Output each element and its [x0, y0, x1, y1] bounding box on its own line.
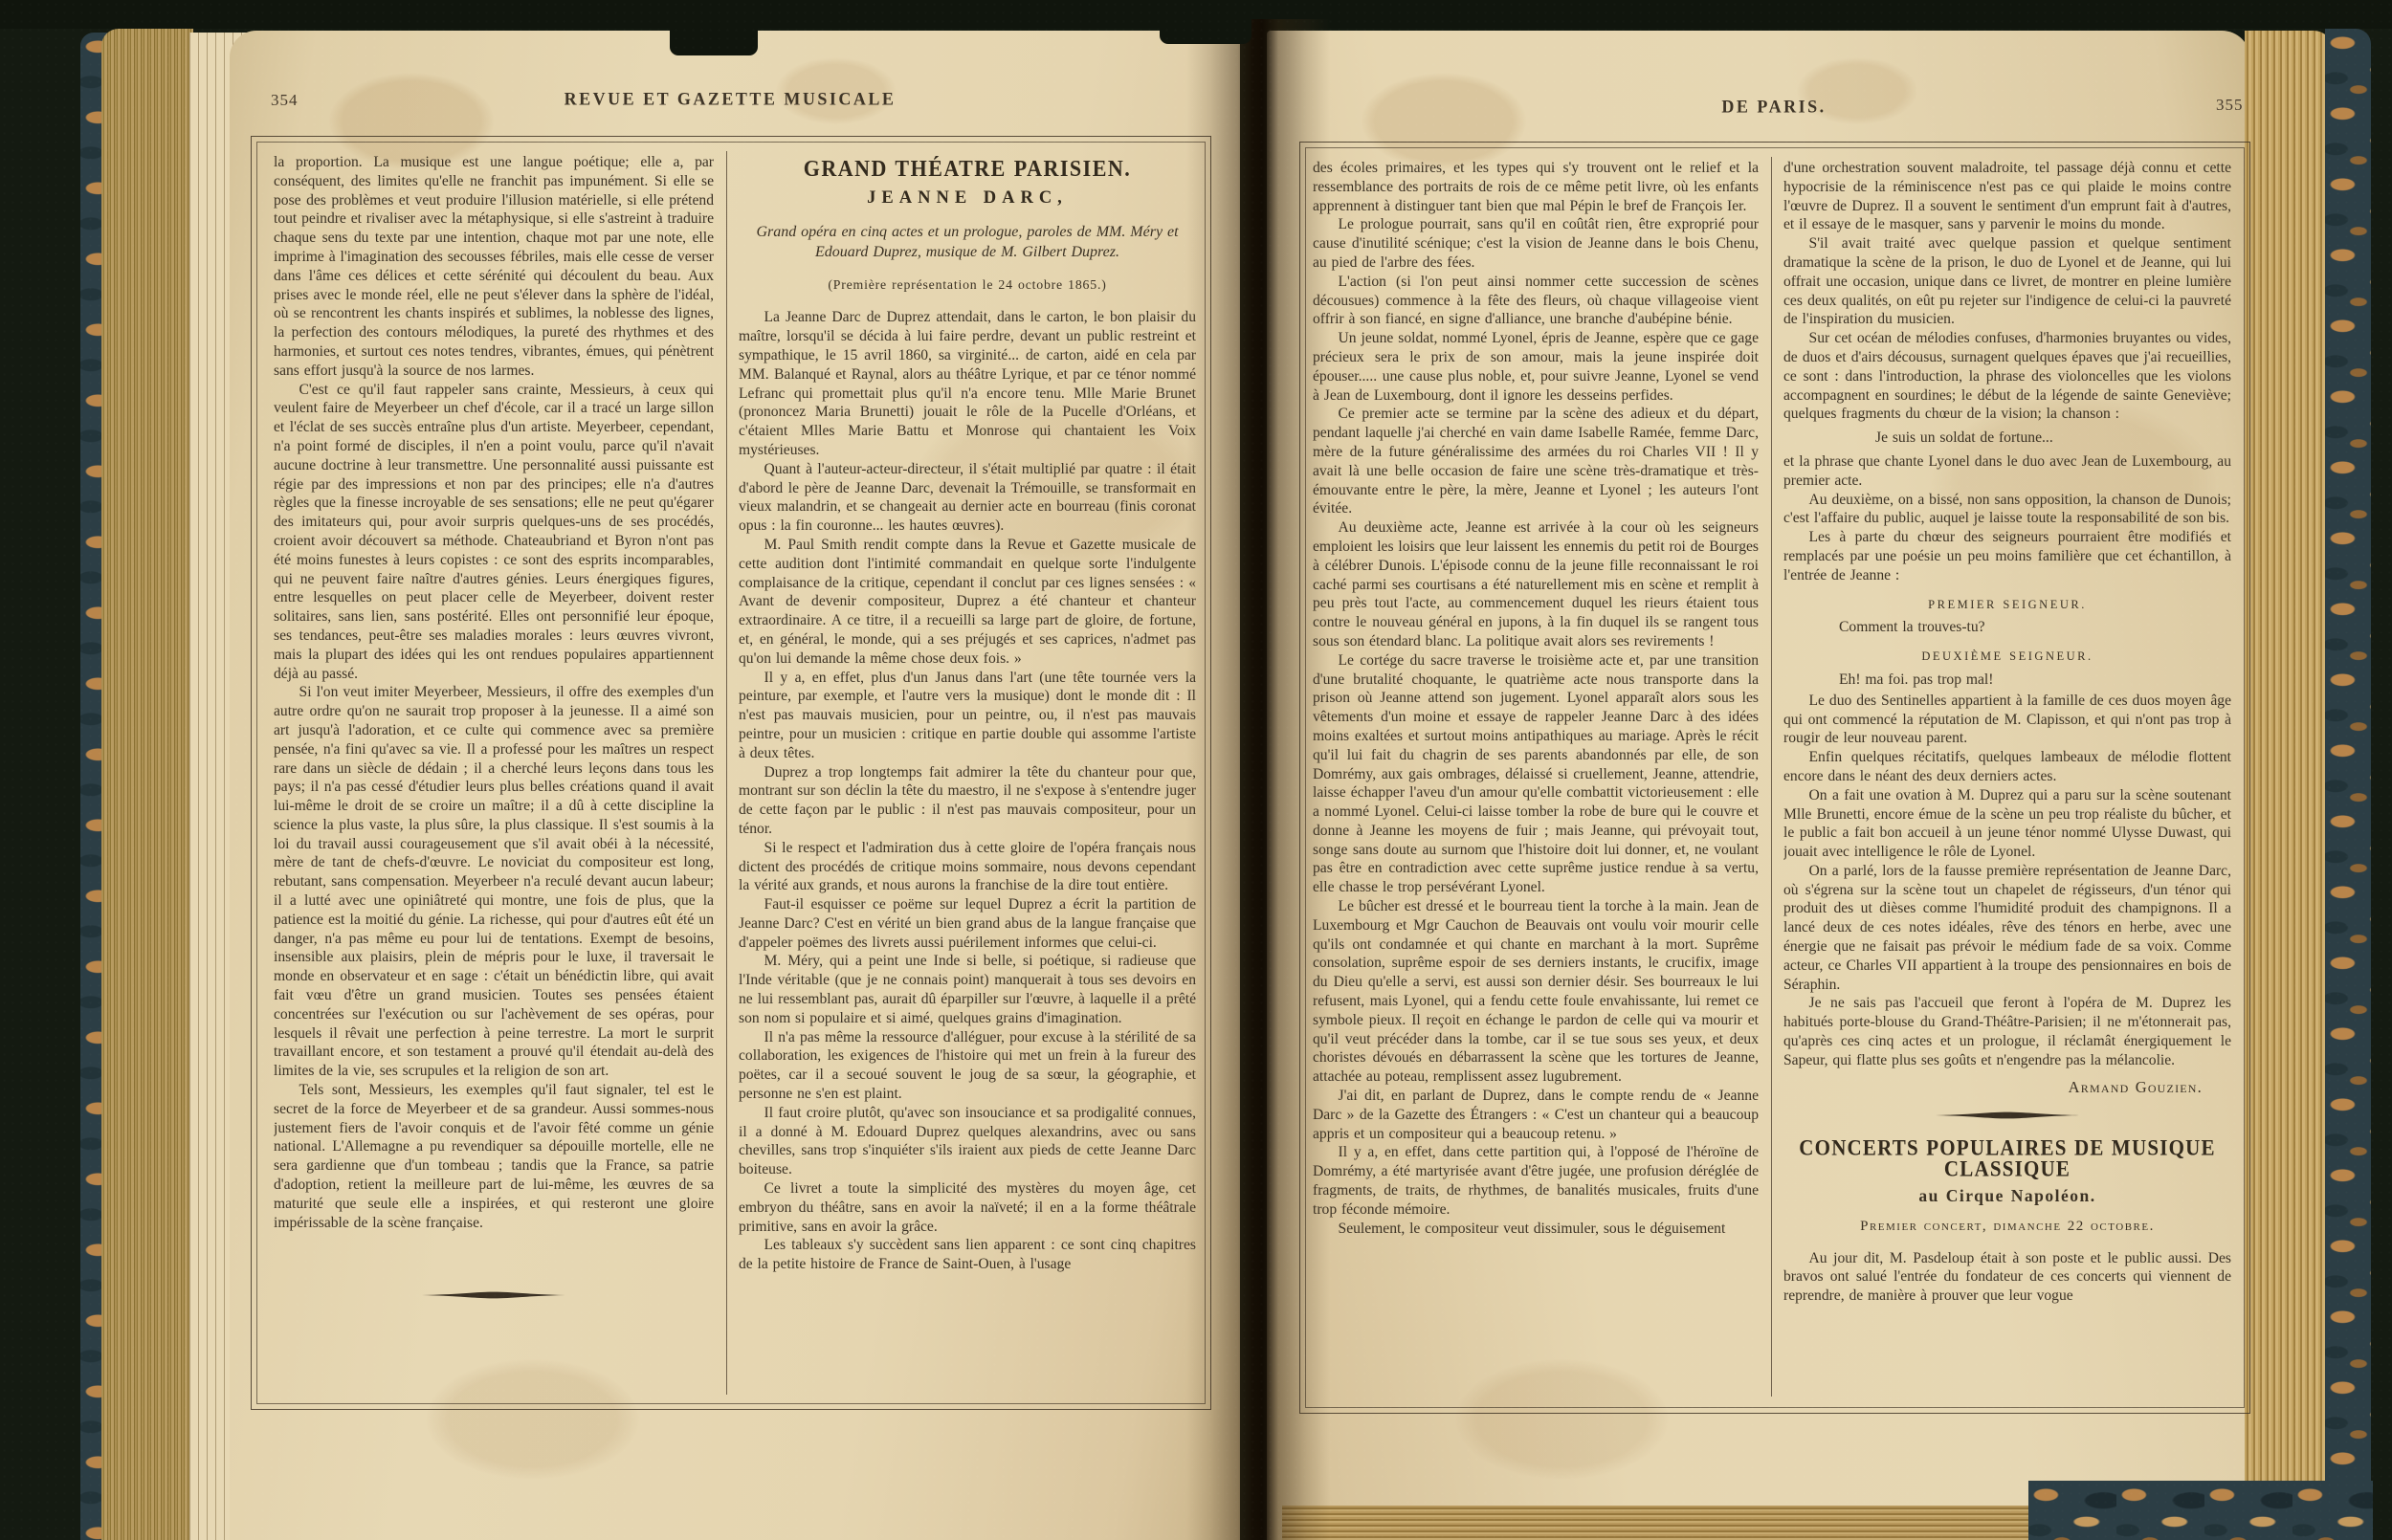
left-page-column-1: la proportion. La musique est une langue…	[274, 153, 714, 1397]
paragraph: Le cortége du sacre traverse le troisièm…	[1313, 651, 1759, 897]
premiere-note: (Première représentation le 24 octobre 1…	[739, 275, 1196, 295]
paragraph: Au jour dit, M. Pasdeloup était à son po…	[1783, 1249, 2231, 1306]
concert-section-title: CONCERTS POPULAIRES DE MUSIQUE CLASSIQUE	[1783, 1138, 2231, 1180]
section-divider-rule	[1936, 1111, 2079, 1119]
paragraph: Il faut croire plutôt, qu'avec son insou…	[739, 1104, 1196, 1179]
paragraph: Faut-il esquisser ce poëme sur lequel Du…	[739, 895, 1196, 952]
paragraph: S'il avait traité avec quelque passion e…	[1783, 234, 2231, 329]
running-title-right: DE PARIS.	[1299, 96, 2248, 117]
book-page-edges-left	[101, 29, 193, 1540]
book-cover-right-edge	[2325, 29, 2371, 1540]
paragraph: d'une orchestration souvent maladroite, …	[1783, 159, 2231, 234]
paragraph: La Jeanne Darc de Duprez attendait, dans…	[739, 308, 1196, 459]
concert-section-subtitle: au Cirque Napoléon.	[1783, 1187, 2231, 1206]
dialogue-speaker: DEUXIÈME SEIGNEUR.	[1783, 648, 2231, 667]
paragraph: C'est ce qu'il faut rappeler sans craint…	[274, 381, 714, 684]
right-page-column-2: d'une orchestration souvent maladroite, …	[1783, 159, 2231, 1398]
paragraph: Le bûcher est dressé et le bourreau tien…	[1313, 897, 1759, 1087]
article-body: et la phrase que chante Lyonel dans le d…	[1783, 452, 2231, 585]
section-divider-rule	[422, 1291, 565, 1299]
column-rule-left-page	[726, 151, 727, 1395]
paragraph: M. Méry, qui a peint une Inde si belle, …	[739, 952, 1196, 1027]
paragraph: Ce premier acte se termine par la scène …	[1313, 405, 1759, 518]
paragraph: Les à parte du chœur des seigneurs pourr…	[1783, 528, 2231, 584]
article-byline: Edouard Duprez, musique de M. Gilbert Du…	[739, 242, 1196, 263]
book-cover-bottom-corner	[2028, 1481, 2373, 1540]
right-page-column-1: des écoles primaires, et les types qui s…	[1313, 159, 1759, 1398]
paragraph: Quant à l'auteur-acteur-directeur, il s'…	[739, 460, 1196, 536]
column-rule-right-page	[1771, 157, 1772, 1397]
paragraph: Ce livret a toute la simplicité des myst…	[739, 1179, 1196, 1236]
paragraph: Je ne sais pas l'accueil que feront à l'…	[1783, 994, 2231, 1069]
dialogue-speaker: PREMIER SEIGNEUR.	[1783, 596, 2231, 615]
paragraph: Le duo des Sentinelles appartient à la f…	[1783, 692, 2231, 748]
left-page-column-2: GRAND THÉATRE PARISIEN. JEANNE DARC, Gra…	[739, 149, 1196, 1397]
paragraph: Au deuxième, on a bissé, non sans opposi…	[1783, 491, 2231, 529]
verse-line: Je suis un soldat de fortune...	[1875, 429, 2231, 448]
paragraph: Les tableaux s'y succèdent sans lien app…	[739, 1236, 1196, 1274]
paragraph: J'ai dit, en parlant de Duprez, dans le …	[1313, 1087, 1759, 1143]
paragraph: Si le respect et l'admiration dus à cett…	[739, 839, 1196, 895]
article-byline: Grand opéra en cinq actes et un prologue…	[739, 222, 1196, 243]
paragraph: Duprez a trop longtemps fait admirer la …	[739, 763, 1196, 839]
paragraph: Tels sont, Messieurs, les exemples qu'il…	[274, 1081, 714, 1232]
article-body: La Jeanne Darc de Duprez attendait, dans…	[739, 308, 1196, 1274]
paragraph: Le prologue pourrait, sans qu'il en coût…	[1313, 215, 1759, 272]
paragraph: On a parlé, lors de la fausse première r…	[1783, 862, 2231, 995]
article-body: Le duo des Sentinelles appartient à la f…	[1783, 692, 2231, 1070]
page-number-right: 355	[2216, 96, 2244, 115]
dialogue-line: Comment la trouves-tu?	[1839, 618, 2231, 637]
article-title: JEANNE DARC,	[739, 189, 1196, 209]
article-body: Au jour dit, M. Pasdeloup était à son po…	[1783, 1249, 2231, 1306]
book-page-edges-right	[2245, 31, 2333, 1540]
author-signature: Armand Gouzien.	[1783, 1078, 2203, 1097]
paragraph: Il y a, en effet, dans cette partition q…	[1313, 1143, 1759, 1219]
paragraph: Seulement, le compositeur veut dissimule…	[1313, 1220, 1759, 1239]
paragraph: Il n'a pas même la ressource d'alléguer,…	[739, 1028, 1196, 1104]
paragraph: des écoles primaires, et les types qui s…	[1313, 159, 1759, 215]
concert-date-line: Premier concert, dimanche 22 octobre.	[1783, 1218, 2231, 1237]
paragraph: Enfin quelques récitatifs, quelques lamb…	[1783, 748, 2231, 786]
paragraph: Sur cet océan de mélodies confuses, d'ha…	[1783, 329, 2231, 424]
book-scan: 354 REVUE ET GAZETTE MUSICALE DE PARIS. …	[0, 0, 2392, 1540]
paragraph: Au deuxième acte, Jeanne est arrivée à l…	[1313, 518, 1759, 651]
section-title: GRAND THÉATRE PARISIEN.	[739, 158, 1196, 179]
article-body: des écoles primaires, et les types qui s…	[1313, 159, 1759, 1238]
paragraph: et la phrase que chante Lyonel dans le d…	[1783, 452, 2231, 491]
dialogue-line: Eh! ma foi. pas trop mal!	[1839, 671, 2231, 690]
book-top-gap	[670, 0, 758, 55]
article-body: la proportion. La musique est une langue…	[274, 153, 714, 1232]
article-body: d'une orchestration souvent maladroite, …	[1783, 159, 2231, 424]
book-top-gap	[1160, 0, 1251, 44]
paragraph: M. Paul Smith rendit compte dans la Revu…	[739, 536, 1196, 669]
paragraph: Un jeune soldat, nommé Lyonel, épris de …	[1313, 329, 1759, 405]
paragraph: Il y a, en effet, plus d'un Janus dans l…	[739, 669, 1196, 763]
paragraph: L'action (si l'on peut ainsi nommer cett…	[1313, 273, 1759, 329]
running-title-left: REVUE ET GAZETTE MUSICALE	[251, 88, 1209, 109]
paragraph: la proportion. La musique est une langue…	[274, 153, 714, 381]
paragraph: On a fait une ovation à M. Duprez qui a …	[1783, 786, 2231, 862]
paragraph: Si l'on veut imiter Meyerbeer, Messieurs…	[274, 683, 714, 1081]
